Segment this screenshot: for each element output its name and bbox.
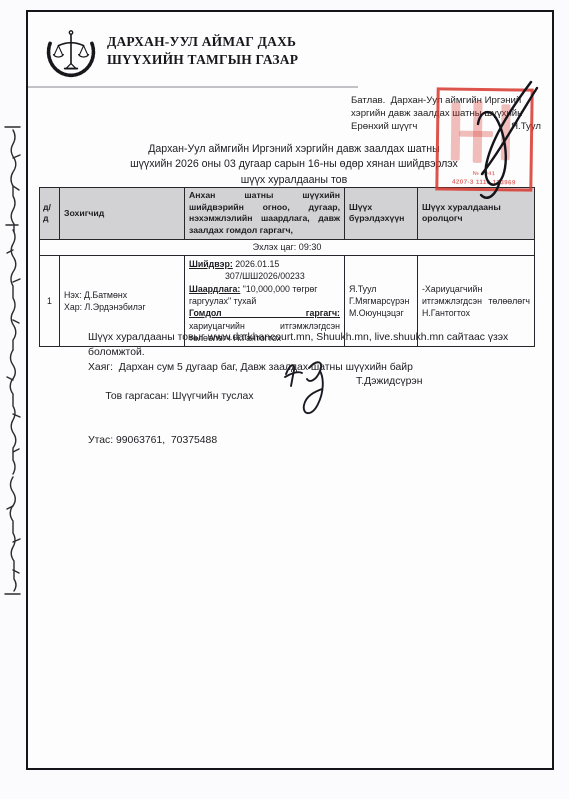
table-row: 1 Нэх: Д.Батмөнх Хар: Л.Эрдэнэбилэг Шийд… <box>40 255 535 346</box>
document-sheet: ДАРХАН-УУЛ АЙМАГ ДАХЬ ШҮҮХИЙН ТАМГЫН ГАЗ… <box>26 10 554 770</box>
mongolian-vertical-script <box>1 122 25 600</box>
defendant: Хар: Л.Эрдэнэбилэг <box>64 301 180 313</box>
cell-claim-details: Шийдвэр: 2026.01.15 307/ШШ2026/00233 Шаа… <box>185 255 345 346</box>
header-parties: Зохигчид <box>60 188 185 240</box>
decision-line: Шийдвэр: 2026.01.15 <box>189 258 340 270</box>
hearing-schedule-table: д/д Зохигчид Анхан шатны шүүхийн шийдвэр… <box>39 187 535 347</box>
scan-artifact-line <box>28 86 358 88</box>
approval-position: Ерөнхий шүүгч <box>351 121 417 134</box>
scales-of-justice-emblem-icon <box>44 23 98 79</box>
cell-participants: -Хариуцагчийн итгэмжлэгдсэн төлөөлөгч Н.… <box>418 255 535 346</box>
start-time-cell: Эхлэх цаг: 09:30 <box>40 239 535 255</box>
header-number: д/д <box>40 188 60 240</box>
header-judge-panel: Шүүх бүрэлдэхүүн <box>345 188 418 240</box>
assistant-name: Т.Дэжидсүрэн <box>356 375 422 390</box>
organization-name-line2: ШҮҮХИЙН ТАМГЫН ГАЗАР <box>107 51 298 69</box>
assistant-signature <box>276 348 348 422</box>
decision-number: 307/ШШ2026/00233 <box>189 270 340 282</box>
complaint-line: Гомдол гаргагч: хариуцагчийн итгэмжлэгдс… <box>189 307 340 344</box>
organization-name-line1: ДАРХАН-УУЛ АЙМАГ ДАХЬ <box>107 33 298 51</box>
header-claim-details: Анхан шатны шүүхийн шийдвэрийн огноо, ду… <box>185 188 345 240</box>
plaintiff: Нэх: Д.Батмөнх <box>64 289 180 301</box>
judge-name: Г.Мягмарсүрэн <box>349 295 413 307</box>
start-time-row: Эхлэх цаг: 09:30 <box>40 239 535 255</box>
judge-name: М.Оюунцэцэг <box>349 307 413 319</box>
judge-signature <box>451 76 555 208</box>
cell-number: 1 <box>40 255 60 346</box>
cell-parties: Нэх: Д.Батмөнх Хар: Л.Эрдэнэбилэг <box>60 255 185 346</box>
footer-phone: Утас: 99063761, 70375488 <box>88 434 538 449</box>
document-header: ДАРХАН-УУЛ АЙМАГ ДАХЬ ШҮҮХИЙН ТАМГЫН ГАЗ… <box>44 23 298 79</box>
cell-judge-panel: Я.Туул Г.Мягмарсүрэн М.Оюунцэцэг <box>345 255 418 346</box>
claim-line: Шаардлага: "10,000,000 төгрөг гаргуулах"… <box>189 283 340 308</box>
organization-name: ДАРХАН-УУЛ АЙМАГ ДАХЬ ШҮҮХИЙН ТАМГЫН ГАЗ… <box>107 33 298 68</box>
judge-name: Я.Туул <box>349 283 413 295</box>
